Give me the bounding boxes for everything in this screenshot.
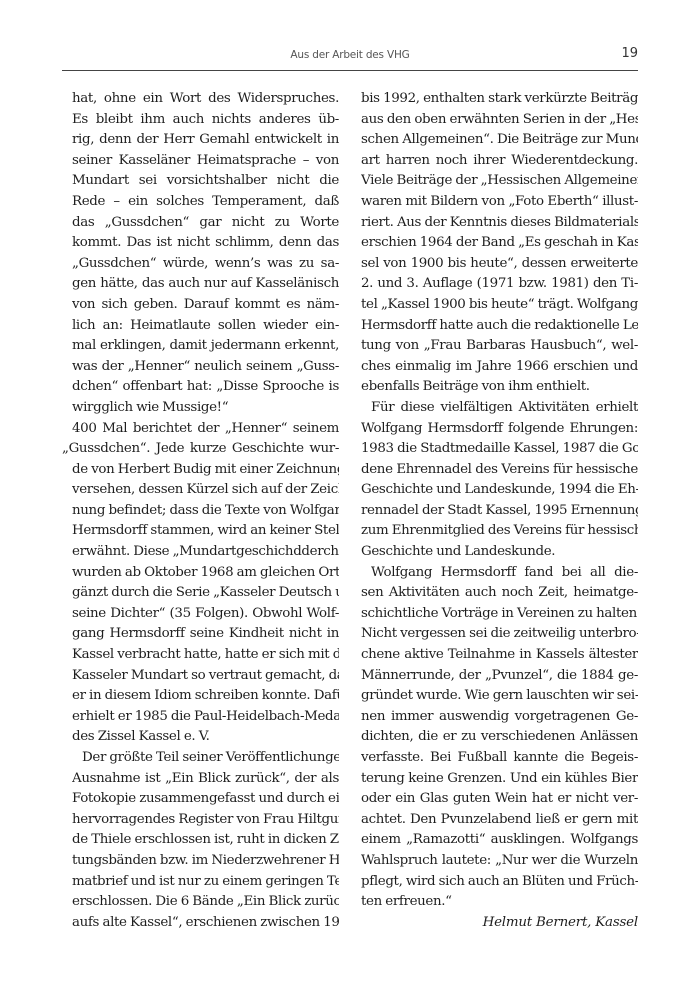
text-line: Hermsdorff hatte auch die redaktionelle …	[361, 316, 638, 337]
text-line: was der „Henner“ neulich seinem „Guss-	[72, 357, 339, 378]
text-line: 400 Mal berichtet der „Henner“ seinem	[72, 419, 339, 440]
text-line: dichten, die er zu verschiedenen Anlässe…	[361, 727, 638, 748]
text-line: oder ein Glas guten Wein hat er nicht ve…	[361, 789, 638, 810]
text-line: Wolfgang Hermsdorff fand bei all die-	[361, 563, 638, 584]
text-line: Kasseler Mundart so vertraut gemacht, da…	[72, 666, 339, 687]
text-line: Nicht vergessen sei die zeitweilig unter…	[361, 624, 638, 645]
text-line: das „Gussdchen“ gar nicht zu Worte	[72, 213, 339, 234]
running-head-title: Aus der Arbeit des VHG	[62, 49, 638, 65]
text-line: mal erklingen, damit jedermann erkennt,	[72, 336, 339, 357]
text-line: Es bleibt ihm auch nichts anderes üb-	[72, 110, 339, 131]
text-line: lich an: Heimatlaute sollen wieder ein-	[72, 316, 339, 337]
text-column-right: bis 1992, enthalten stark verkürzte Beit…	[361, 89, 638, 933]
text-line: tel „Kassel 1900 bis heute“ trägt. Wolfg…	[361, 295, 638, 316]
text-line: bis 1992, enthalten stark verkürzte Beit…	[361, 89, 638, 110]
text-line: de von Herbert Budig mit einer Zeichnung	[72, 460, 339, 481]
text-line: „Gussdchen“ würde, wenn’s was zu sa-	[72, 254, 339, 275]
text-line: dchen“ offenbart hat: „Disse Sprooche is	[72, 377, 339, 398]
text-line: Wolfgang Hermsdorff folgende Ehrungen:	[361, 419, 638, 440]
text-line: rig, denn der Herr Gemahl entwickelt in	[72, 130, 339, 151]
text-line: waren mit Bildern von „Foto Eberth“ illu…	[361, 192, 638, 213]
text-line: rennadel der Stadt Kassel, 1995 Ernennun…	[361, 501, 638, 522]
text-line: ches einmalig im Jahre 1966 erschien und	[361, 357, 638, 378]
text-line: versehen, dessen Kürzel sich auf der Zei…	[72, 480, 339, 501]
text-line: pflegt, wird sich auch an Blüten und Frü…	[361, 872, 638, 893]
text-line: sel von 1900 bis heute“, dessen erweiter…	[361, 254, 638, 275]
text-line: art harren noch ihrer Wiederentdeckung.	[361, 151, 638, 172]
text-line: aufs alte Kassel“, erschienen zwischen 1…	[72, 913, 339, 934]
text-line: Viele Beiträge der „Hessischen Allgemein…	[361, 171, 638, 192]
text-line: Rede – ein solches Temperament, daß	[72, 192, 339, 213]
text-line: Wahlspruch lautete: „Nur wer die Wurzeln	[361, 851, 638, 872]
text-line: erschlossen. Die 6 Bände „Ein Blick zurü…	[72, 892, 339, 913]
text-line: sen Aktivitäten auch noch Zeit, heimatge…	[361, 583, 638, 604]
author-signature: Helmut Bernert, Kassel	[361, 913, 638, 934]
text-line: Mundart sei vorsichtshalber nicht die	[72, 171, 339, 192]
text-line: er in diesem Idiom schreiben konnte. Daf…	[72, 686, 339, 707]
text-line: hat, ohne ein Wort des Widerspruches.	[72, 89, 339, 110]
text-line: hervorragendes Register von Frau Hiltgun…	[72, 810, 339, 831]
text-line: gang Hermsdorff seine Kindheit nicht in	[72, 624, 339, 645]
text-line: Der größte Teil seiner Veröffentlichunge…	[72, 748, 339, 769]
text-line: 2. und 3. Auflage (1971 bzw. 1981) den T…	[361, 274, 638, 295]
text-line: einem „Ramazotti“ ausklingen. Wolfgangs	[361, 830, 638, 851]
text-column-left: hat, ohne ein Wort des Widerspruches.Es …	[72, 89, 339, 933]
text-line: Hermsdorff stammen, wird an keiner Stell…	[72, 521, 339, 542]
text-line: Ausnahme ist „Ein Blick zurück“, der als	[72, 769, 339, 790]
text-line: „Gussdchen“. Jede kurze Geschichte wur-	[62, 439, 339, 460]
text-line: de Thiele erschlossen ist, ruht in dicke…	[72, 830, 339, 851]
text-line: gründet wurde. Wie gern lauschten wir se…	[361, 686, 638, 707]
text-line: dene Ehrennadel des Vereins für hessisch…	[361, 460, 638, 481]
text-line: kommt. Das ist nicht schlimm, denn das	[72, 233, 339, 254]
text-line: gänzt durch die Serie „Kasseler Deutsch …	[72, 583, 339, 604]
text-line: achtet. Den Pvunzelabend ließ er gern mi…	[361, 810, 638, 831]
text-line: nen immer auswendig vorgetragenen Ge-	[361, 707, 638, 728]
text-line: Kassel verbracht hatte, hatte er sich mi…	[72, 645, 339, 666]
text-line: Geschichte und Landeskunde.	[361, 542, 638, 563]
document-page: Aus der Arbeit des VHG 19 hat, ohne ein …	[0, 0, 700, 988]
text-line: zum Ehrenmitglied des Vereins für hessis…	[361, 521, 638, 542]
text-line: chene aktive Teilnahme in Kassels ältest…	[361, 645, 638, 666]
text-line: wurden ab Oktober 1968 am gleichen Ort e…	[72, 563, 339, 584]
text-line: ten erfreuen.“	[361, 892, 638, 913]
text-line: erhielt er 1985 die Paul-Heidelbach-Meda…	[72, 707, 339, 728]
text-line: verfasste. Bei Fußball kannte die Begeis…	[361, 748, 638, 769]
text-line: matbrief und ist nur zu einem geringen T…	[72, 872, 339, 893]
header-rule	[62, 70, 638, 71]
text-line: riert. Aus der Kenntnis dieses Bildmater…	[361, 213, 638, 234]
text-line: Fotokopie zusammengefasst und durch ein	[72, 789, 339, 810]
text-line: des Zissel Kassel e. V.	[72, 727, 339, 748]
text-line: erwähnt. Diese „Mundartgeschichdderchen“	[72, 542, 339, 563]
text-line: 1983 die Stadtmedaille Kassel, 1987 die …	[361, 439, 638, 460]
text-line: nung befindet; dass die Texte von Wolfga…	[72, 501, 339, 522]
text-line: von sich geben. Darauf kommt es näm-	[72, 295, 339, 316]
page-number: 19	[621, 46, 638, 61]
text-line: Geschichte und Landeskunde, 1994 die Eh-	[361, 480, 638, 501]
text-line: Für diese vielfältigen Aktivitäten erhie…	[361, 398, 638, 419]
text-line: tung von „Frau Barbaras Hausbuch“, wel-	[361, 336, 638, 357]
text-line: ebenfalls Beiträge von ihm enthielt.	[361, 377, 638, 398]
text-line: wirgglich wie Mussige!“	[72, 398, 339, 419]
text-line: seiner Kasseläner Heimatsprache – von	[72, 151, 339, 172]
text-line: terung keine Grenzen. Und ein kühles Bie…	[361, 769, 638, 790]
text-line: aus den oben erwähnten Serien in der „He…	[361, 110, 638, 131]
text-line: Männerrunde, der „Pvunzel“, die 1884 ge-	[361, 666, 638, 687]
text-line: erschien 1964 der Band „Es geschah in Ka…	[361, 233, 638, 254]
text-line: gen hätte, das auch nur auf Kasselänisch	[72, 274, 339, 295]
text-line: schichtliche Vorträge in Vereinen zu hal…	[361, 604, 638, 625]
text-line: seine Dichter“ (35 Folgen). Obwohl Wolf-	[72, 604, 339, 625]
text-line: schen Allgemeinen“. Die Beiträge zur Mun…	[361, 130, 638, 151]
text-line: tungsbänden bzw. im Niederzwehrener Hei-	[72, 851, 339, 872]
